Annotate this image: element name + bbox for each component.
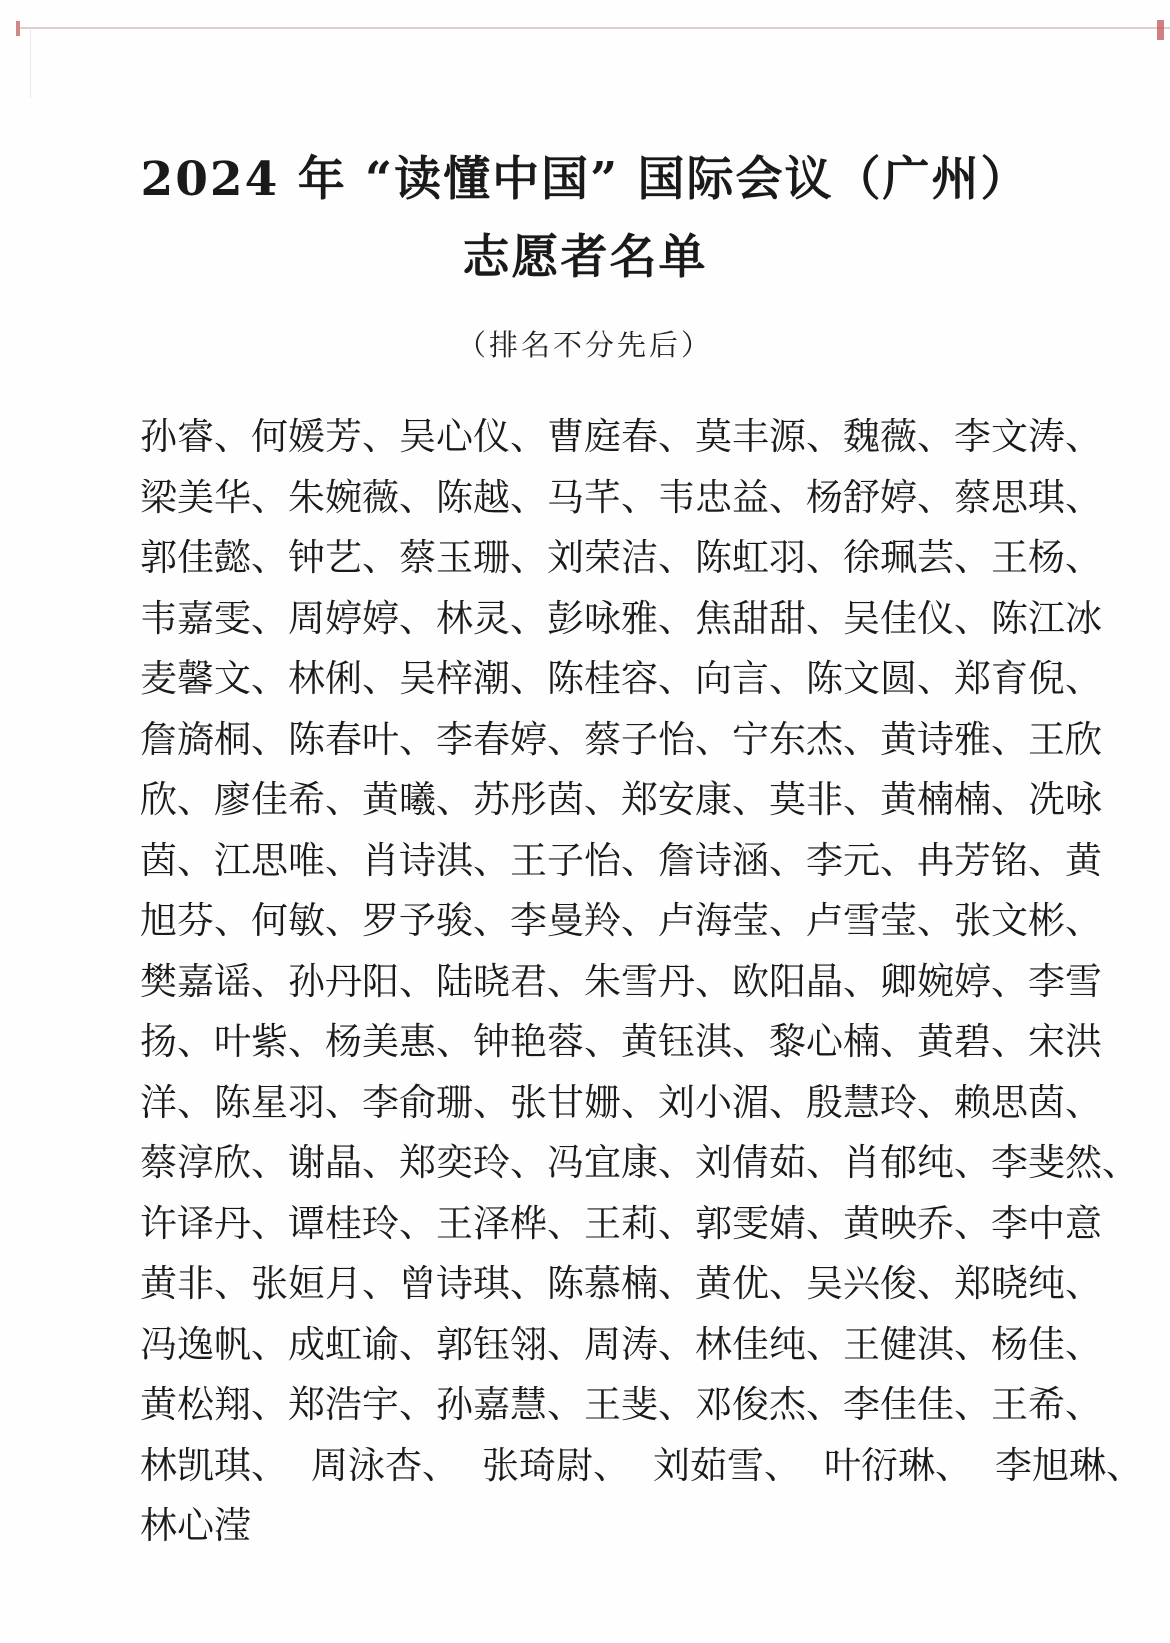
volunteer-name: 冯宜康、: [547, 1132, 695, 1186]
volunteer-name: 韦忠益、: [658, 467, 806, 521]
volunteer-name: 杨舒婷、: [806, 467, 954, 521]
volunteer-name: 黄松翔、: [140, 1374, 288, 1428]
volunteer-name: 卿婉婷、: [880, 951, 1028, 1005]
volunteer-name: 黄碧、: [917, 1011, 1028, 1065]
volunteer-name: 林凯琪、: [140, 1435, 288, 1489]
volunteer-name: 叶衍琳、: [824, 1435, 972, 1489]
volunteer-name: 李中意: [991, 1193, 1102, 1247]
name-list-line: 詹旖桐、陈春叶、李春婷、蔡子怡、宁东杰、黄诗雅、王欣: [140, 709, 1032, 770]
volunteer-name: 吴梓潮、: [399, 648, 547, 702]
name-list-line: 黄松翔、郑浩宇、孙嘉慧、王斐、邓俊杰、李佳佳、王希、: [140, 1374, 1032, 1435]
volunteer-name: 莫非、: [769, 769, 880, 823]
volunteer-name: 冉芳铭、: [917, 830, 1065, 884]
volunteer-name: 殷慧玲、: [806, 1072, 954, 1126]
volunteer-name: 李元、: [806, 830, 917, 884]
volunteer-name: 王斐、: [584, 1374, 695, 1428]
volunteer-name: 郑浩宇、: [288, 1374, 436, 1428]
volunteer-name: 黄映乔、: [843, 1193, 991, 1247]
volunteer-name: 李雪: [1028, 951, 1102, 1005]
name-list-line: 林心滢: [140, 1495, 1032, 1556]
volunteer-name: 马芊、: [547, 467, 658, 521]
volunteer-name: 李旭琳、: [995, 1435, 1143, 1489]
scan-artifact-left-line: [30, 28, 31, 98]
volunteer-name: 宁东杰、: [732, 709, 880, 763]
volunteer-name: 洋、: [140, 1072, 214, 1126]
volunteer-name: 冯逸帆、: [140, 1314, 288, 1368]
volunteer-name: 孙丹阳、: [288, 951, 436, 1005]
volunteer-name: 吴兴俊、: [806, 1253, 954, 1307]
volunteer-name: 郑奕玲、: [399, 1132, 547, 1186]
volunteer-name: 张甘姗、: [510, 1072, 658, 1126]
volunteer-name: 何敏、: [251, 890, 362, 944]
volunteer-name: 曹庭春、: [547, 406, 695, 460]
volunteer-name: 叶紫、: [214, 1011, 325, 1065]
volunteer-name: 肖诗淇、: [362, 830, 510, 884]
name-list-line: 黄非、张姮月、曾诗琪、陈慕楠、黄优、吴兴俊、郑晓纯、: [140, 1253, 1032, 1314]
volunteer-name: 许译丹、: [140, 1193, 288, 1247]
volunteer-name: 李佳佳、: [843, 1374, 991, 1428]
volunteer-name: 张姮月、: [251, 1253, 399, 1307]
volunteer-name: 刘小湄、: [658, 1072, 806, 1126]
volunteer-name: 李斐然、: [991, 1132, 1139, 1186]
volunteer-name: 郑育倪、: [954, 648, 1102, 702]
volunteer-name: 梁美华、: [140, 467, 288, 521]
volunteer-name: 黄诗雅、: [880, 709, 1028, 763]
volunteer-name: 黎心楠、: [769, 1011, 917, 1065]
name-list-line: 林凯琪、周泳杏、张琦尉、刘茹雪、叶衍琳、李旭琳、: [140, 1435, 1032, 1496]
volunteer-name: 郭佳懿、: [140, 527, 288, 581]
name-list-line: 梁美华、朱婉薇、陈越、马芊、韦忠益、杨舒婷、蔡思琪、: [140, 467, 1032, 528]
name-list-line: 旭芬、何敏、罗予骏、李曼羚、卢海莹、卢雪莹、张文彬、: [140, 890, 1032, 951]
scan-artifact-right-tick: [1157, 20, 1164, 40]
volunteer-name: 杨美惠、: [325, 1011, 473, 1065]
name-list-line: 樊嘉谣、孙丹阳、陆晓君、朱雪丹、欧阳晶、卿婉婷、李雪: [140, 951, 1032, 1012]
volunteer-name: 刘荣洁、: [547, 527, 695, 581]
volunteer-name: 黄楠楠、: [880, 769, 1028, 823]
name-list: 孙睿、何媛芳、吴心仪、曹庭春、莫丰源、魏薇、李文涛、梁美华、朱婉薇、陈越、马芊、…: [140, 406, 1032, 1556]
volunteer-name: 卢雪莹、: [806, 890, 954, 944]
volunteer-name: 蔡玉珊、: [399, 527, 547, 581]
volunteer-name: 卢海莹、: [658, 890, 806, 944]
volunteer-name: 周婷婷、: [288, 588, 436, 642]
volunteer-name: 林心滢: [140, 1495, 251, 1549]
volunteer-name: 张文彬、: [954, 890, 1102, 944]
volunteer-name: 陈慕楠、: [547, 1253, 695, 1307]
volunteer-name: 王杨、: [991, 527, 1102, 581]
name-list-line: 蔡淳欣、谢晶、郑奕玲、冯宜康、刘倩茹、肖郁纯、李斐然、: [140, 1132, 1032, 1193]
volunteer-name: 詹旖桐、: [140, 709, 288, 763]
name-list-line: 许译丹、谭桂玲、王泽桦、王莉、郭雯婧、黄映乔、李中意: [140, 1193, 1032, 1254]
volunteer-name: 向言、: [695, 648, 806, 702]
volunteer-name: 周泳杏、: [311, 1435, 459, 1489]
volunteer-name: 林俐、: [288, 648, 399, 702]
volunteer-name: 钟艺、: [288, 527, 399, 581]
volunteer-name: 王欣: [1028, 709, 1102, 763]
document-page: 2024 年 “读懂中国” 国际会议（广州） 志愿者名单 （排名不分先后） 孙睿…: [0, 0, 1170, 1643]
volunteer-name: 何媛芳、: [251, 406, 399, 460]
scan-artifact-left-tick: [16, 21, 20, 36]
volunteer-name: 郑晓纯、: [954, 1253, 1102, 1307]
volunteer-name: 蔡淳欣、: [140, 1132, 288, 1186]
volunteer-name: 李俞珊、: [362, 1072, 510, 1126]
name-list-line: 孙睿、何媛芳、吴心仪、曹庭春、莫丰源、魏薇、李文涛、: [140, 406, 1032, 467]
document-title-line1: 2024 年 “读懂中国” 国际会议（广州）: [0, 150, 1170, 210]
volunteer-name: 陆晓君、: [436, 951, 584, 1005]
volunteer-name: 冼咏: [1028, 769, 1102, 823]
volunteer-name: 林灵、: [436, 588, 547, 642]
volunteer-name: 吴心仪、: [399, 406, 547, 460]
volunteer-name: 曾诗琪、: [399, 1253, 547, 1307]
volunteer-name: 黄钰淇、: [621, 1011, 769, 1065]
name-list-line: 冯逸帆、成虹谕、郭钰翎、周涛、林佳纯、王健淇、杨佳、: [140, 1314, 1032, 1375]
volunteer-name: 陈春叶、: [288, 709, 436, 763]
volunteer-name: 王泽桦、: [436, 1193, 584, 1247]
volunteer-name: 廖佳希、: [214, 769, 362, 823]
volunteer-name: 邓俊杰、: [695, 1374, 843, 1428]
volunteer-name: 黄优、: [695, 1253, 806, 1307]
volunteer-name: 王莉、: [584, 1193, 695, 1247]
volunteer-name: 肖郁纯、: [843, 1132, 991, 1186]
volunteer-name: 谭桂玲、: [288, 1193, 436, 1247]
document-subtitle: （排名不分先后）: [0, 326, 1170, 364]
volunteer-name: 欣、: [140, 769, 214, 823]
volunteer-name: 蔡思琪、: [954, 467, 1102, 521]
volunteer-name: 赖思茵、: [954, 1072, 1102, 1126]
volunteer-name: 李春婷、: [436, 709, 584, 763]
volunteer-name: 吴佳仪、: [843, 588, 991, 642]
name-list-line: 洋、陈星羽、李俞珊、张甘姗、刘小湄、殷慧玲、赖思茵、: [140, 1072, 1032, 1133]
name-list-line: 欣、廖佳希、黄曦、苏彤茵、郑安康、莫非、黄楠楠、冼咏: [140, 769, 1032, 830]
volunteer-name: 王健淇、: [843, 1314, 991, 1368]
volunteer-name: 郭雯婧、: [695, 1193, 843, 1247]
name-list-line: 郭佳懿、钟艺、蔡玉珊、刘荣洁、陈虹羽、徐珮芸、王杨、: [140, 527, 1032, 588]
volunteer-name: 陈文圆、: [806, 648, 954, 702]
volunteer-name: 詹诗涵、: [658, 830, 806, 884]
volunteer-name: 钟艳蓉、: [473, 1011, 621, 1065]
document-title-line2: 志愿者名单: [0, 228, 1170, 288]
volunteer-name: 扬、: [140, 1011, 214, 1065]
volunteer-name: 王希、: [991, 1374, 1102, 1428]
volunteer-name: 黄非、: [140, 1253, 251, 1307]
volunteer-name: 郑安康、: [621, 769, 769, 823]
scan-artifact-top-line: [20, 27, 1170, 29]
volunteer-name: 林佳纯、: [695, 1314, 843, 1368]
volunteer-name: 陈越、: [436, 467, 547, 521]
volunteer-name: 黄: [1065, 830, 1102, 884]
name-list-line: 茵、江思唯、肖诗淇、王子怡、詹诗涵、李元、冉芳铭、黄: [140, 830, 1032, 891]
volunteer-name: 朱婉薇、: [288, 467, 436, 521]
volunteer-name: 陈桂容、: [547, 648, 695, 702]
volunteer-name: 江思唯、: [214, 830, 362, 884]
volunteer-name: 苏彤茵、: [473, 769, 621, 823]
volunteer-name: 郭钰翎、: [436, 1314, 584, 1368]
volunteer-name: 旭芬、: [140, 890, 251, 944]
volunteer-name: 张琦尉、: [482, 1435, 630, 1489]
volunteer-name: 朱雪丹、: [584, 951, 732, 1005]
volunteer-name: 王子怡、: [510, 830, 658, 884]
volunteer-name: 麦馨文、: [140, 648, 288, 702]
volunteer-name: 莫丰源、: [695, 406, 843, 460]
volunteer-name: 陈江冰: [991, 588, 1102, 642]
volunteer-name: 刘茹雪、: [653, 1435, 801, 1489]
volunteer-name: 陈星羽、: [214, 1072, 362, 1126]
name-list-line: 麦馨文、林俐、吴梓潮、陈桂容、向言、陈文圆、郑育倪、: [140, 648, 1032, 709]
volunteer-name: 宋洪: [1028, 1011, 1102, 1065]
volunteer-name: 罗予骏、: [362, 890, 510, 944]
volunteer-name: 韦嘉雯、: [140, 588, 288, 642]
volunteer-name: 茵、: [140, 830, 214, 884]
volunteer-name: 谢晶、: [288, 1132, 399, 1186]
volunteer-name: 杨佳、: [991, 1314, 1102, 1368]
volunteer-name: 蔡子怡、: [584, 709, 732, 763]
volunteer-name: 魏薇、: [843, 406, 954, 460]
volunteer-name: 徐珮芸、: [843, 527, 991, 581]
volunteer-name: 焦甜甜、: [695, 588, 843, 642]
volunteer-name: 樊嘉谣、: [140, 951, 288, 1005]
volunteer-name: 欧阳晶、: [732, 951, 880, 1005]
name-list-line: 韦嘉雯、周婷婷、林灵、彭咏雅、焦甜甜、吴佳仪、陈江冰: [140, 588, 1032, 649]
volunteer-name: 陈虹羽、: [695, 527, 843, 581]
volunteer-name: 彭咏雅、: [547, 588, 695, 642]
volunteer-name: 黄曦、: [362, 769, 473, 823]
volunteer-name: 成虹谕、: [288, 1314, 436, 1368]
volunteer-name: 李文涛、: [954, 406, 1102, 460]
volunteer-name: 孙嘉慧、: [436, 1374, 584, 1428]
volunteer-name: 刘倩茹、: [695, 1132, 843, 1186]
volunteer-name: 孙睿、: [140, 406, 251, 460]
volunteer-name: 周涛、: [584, 1314, 695, 1368]
volunteer-name: 李曼羚、: [510, 890, 658, 944]
name-list-line: 扬、叶紫、杨美惠、钟艳蓉、黄钰淇、黎心楠、黄碧、宋洪: [140, 1011, 1032, 1072]
